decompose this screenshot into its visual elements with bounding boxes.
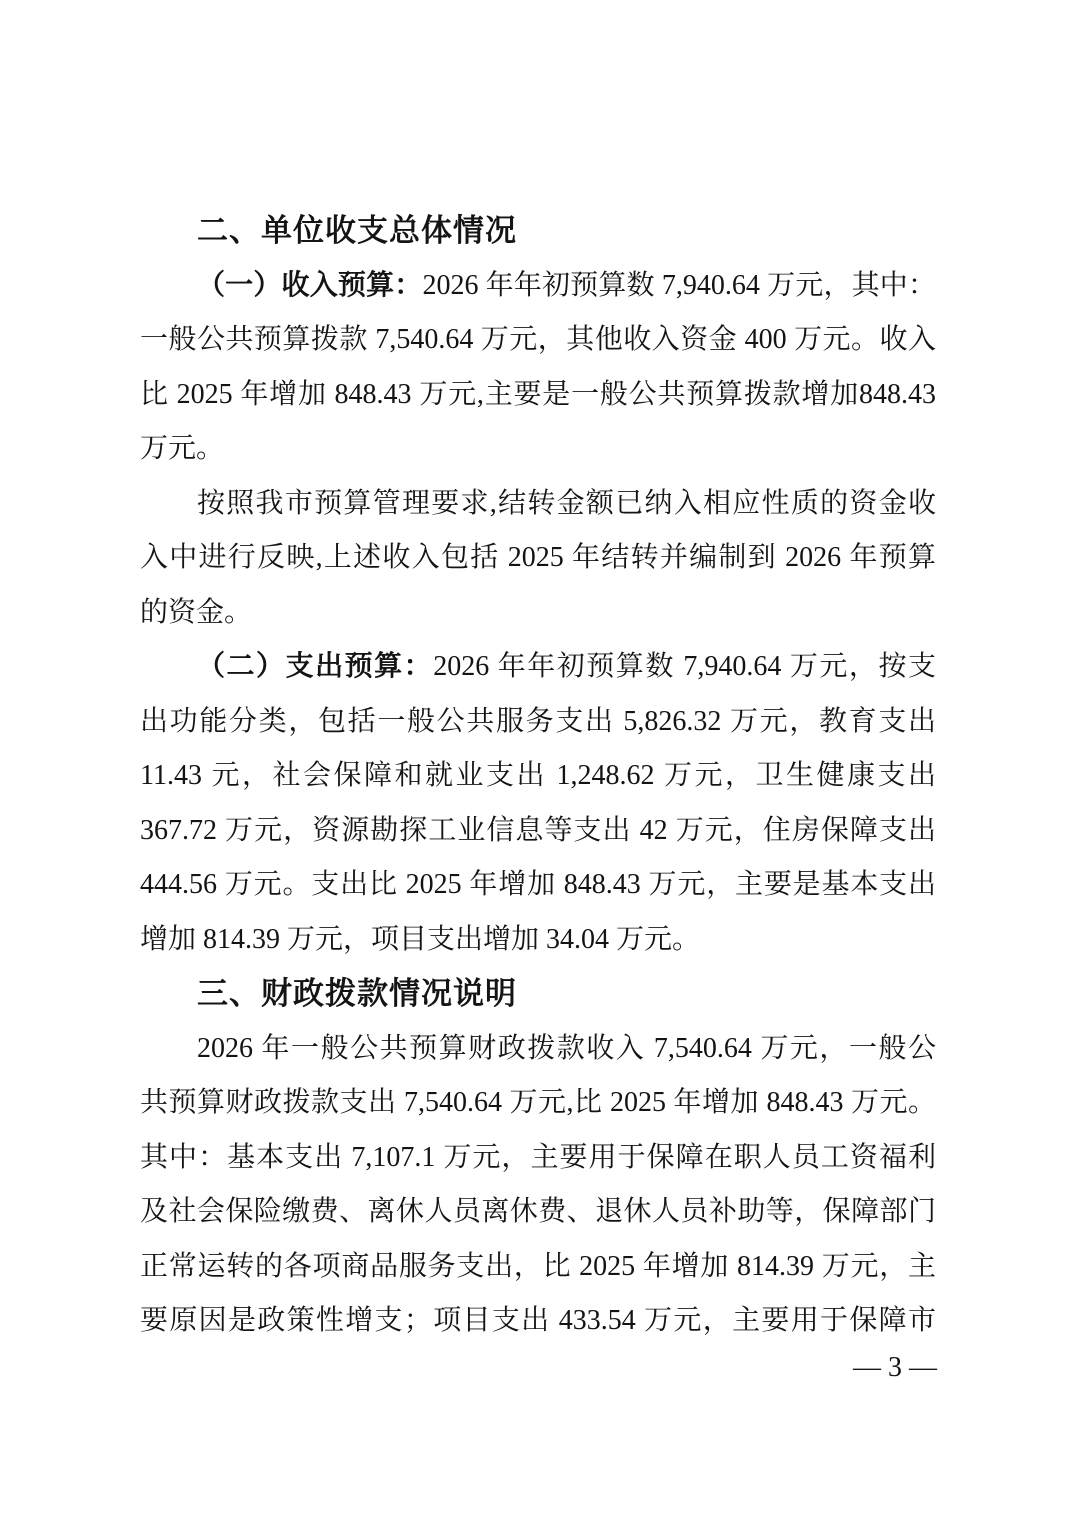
text-line: 一般公共预算拨款 7,540.64 万元，其他收入资金 400 万元。收入 xyxy=(140,313,936,368)
text-line: 11.43 元，社会保障和就业支出 1,248.62 万元，卫生健康支出 xyxy=(140,749,936,804)
section-heading: 三、财政拨款情况说明 xyxy=(140,967,936,1022)
text-line: 比 2025 年增加 848.43 万元,主要是一般公共预算拨款增加848.43 xyxy=(140,368,936,423)
line-text: 一般公共预算拨款 7,540.64 万元，其他收入资金 400 万元。收入 xyxy=(140,324,936,355)
line-text: 2026 年年初预算数 7,940.64 万元，其中： xyxy=(422,270,936,301)
document-body: 二、单位收支总体情况（一）收入预算：2026 年年初预算数 7,940.64 万… xyxy=(140,204,936,1349)
text-line: （一）收入预算：2026 年年初预算数 7,940.64 万元，其中： xyxy=(140,259,936,314)
line-text: 万元。 xyxy=(140,433,224,464)
text-line: 入中进行反映,上述收入包括 2025 年结转并编制到 2026 年预算 xyxy=(140,531,936,586)
document-page: 二、单位收支总体情况（一）收入预算：2026 年年初预算数 7,940.64 万… xyxy=(0,0,1074,1520)
line-text: 共预算财政拨款支出 7,540.64 万元,比 2025 年增加 848.43 … xyxy=(140,1087,936,1118)
paragraph: （一）收入预算：2026 年年初预算数 7,940.64 万元，其中：一般公共预… xyxy=(140,259,936,477)
text-line: （二）支出预算：2026 年年初预算数 7,940.64 万元，按支 xyxy=(140,640,936,695)
text-line: 的资金。 xyxy=(140,586,936,641)
paragraph-lead: （二）支出预算： xyxy=(197,651,433,682)
page-footer: — 3 — xyxy=(853,1350,937,1386)
line-text: 增加 814.39 万元，项目支出增加 34.04 万元。 xyxy=(140,924,700,955)
text-line: 增加 814.39 万元，项目支出增加 34.04 万元。 xyxy=(140,913,936,968)
paragraph: （二）支出预算：2026 年年初预算数 7,940.64 万元，按支出功能分类，… xyxy=(140,640,936,967)
paragraph: 2026 年一般公共预算财政拨款收入 7,540.64 万元，一般公共预算财政拨… xyxy=(140,1022,936,1349)
line-text: 出功能分类，包括一般公共服务支出 5,826.32 万元，教育支出 xyxy=(140,706,936,737)
text-line: 要原因是政策性增支；项目支出 433.54 万元，主要用于保障市 xyxy=(140,1294,936,1349)
line-text: 其中：基本支出 7,107.1 万元，主要用于保障在职人员工资福利 xyxy=(140,1142,936,1173)
line-text: 的资金。 xyxy=(140,597,252,628)
section-heading: 二、单位收支总体情况 xyxy=(140,204,936,259)
text-line: 出功能分类，包括一般公共服务支出 5,826.32 万元，教育支出 xyxy=(140,695,936,750)
page-number: — 3 — xyxy=(853,1352,937,1383)
line-text: 入中进行反映,上述收入包括 2025 年结转并编制到 2026 年预算 xyxy=(140,542,936,573)
text-line: 万元。 xyxy=(140,422,936,477)
line-text: 比 2025 年增加 848.43 万元,主要是一般公共预算拨款增加848.43 xyxy=(140,379,936,410)
text-line: 按照我市预算管理要求,结转金额已纳入相应性质的资金收 xyxy=(140,477,936,532)
paragraph: 按照我市预算管理要求,结转金额已纳入相应性质的资金收入中进行反映,上述收入包括 … xyxy=(140,477,936,641)
text-line: 正常运转的各项商品服务支出，比 2025 年增加 814.39 万元，主 xyxy=(140,1240,936,1295)
line-text: 及社会保险缴费、离休人员离休费、退休人员补助等，保障部门 xyxy=(140,1196,936,1227)
line-text: 要原因是政策性增支；项目支出 433.54 万元，主要用于保障市 xyxy=(140,1305,936,1336)
text-line: 共预算财政拨款支出 7,540.64 万元,比 2025 年增加 848.43 … xyxy=(140,1076,936,1131)
line-text: 2026 年一般公共预算财政拨款收入 7,540.64 万元，一般公 xyxy=(197,1033,936,1064)
text-line: 444.56 万元。支出比 2025 年增加 848.43 万元，主要是基本支出 xyxy=(140,858,936,913)
line-text: 367.72 万元，资源勘探工业信息等支出 42 万元，住房保障支出 xyxy=(140,815,936,846)
line-text: 444.56 万元。支出比 2025 年增加 848.43 万元，主要是基本支出 xyxy=(140,869,936,900)
text-line: 2026 年一般公共预算财政拨款收入 7,540.64 万元，一般公 xyxy=(140,1022,936,1077)
text-line: 其中：基本支出 7,107.1 万元，主要用于保障在职人员工资福利 xyxy=(140,1131,936,1186)
line-text: 正常运转的各项商品服务支出，比 2025 年增加 814.39 万元，主 xyxy=(140,1251,936,1282)
line-text: 按照我市预算管理要求,结转金额已纳入相应性质的资金收 xyxy=(197,488,936,519)
text-line: 367.72 万元，资源勘探工业信息等支出 42 万元，住房保障支出 xyxy=(140,804,936,859)
line-text: 2026 年年初预算数 7,940.64 万元，按支 xyxy=(433,651,936,682)
line-text: 11.43 元，社会保障和就业支出 1,248.62 万元，卫生健康支出 xyxy=(140,760,936,791)
text-line: 及社会保险缴费、离休人员离休费、退休人员补助等，保障部门 xyxy=(140,1185,936,1240)
paragraph-lead: （一）收入预算： xyxy=(197,270,422,301)
